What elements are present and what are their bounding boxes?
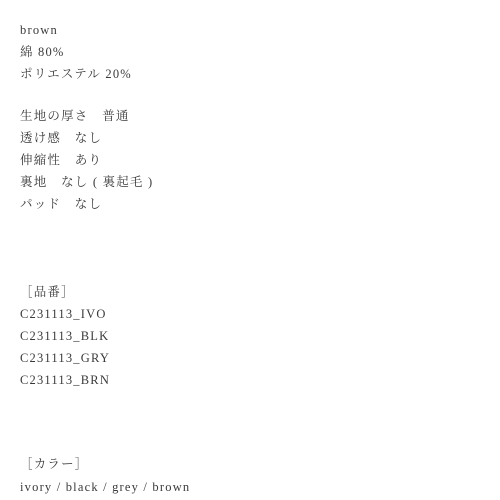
item-code-ivory: C231113_IVO	[20, 306, 107, 322]
color-list: ivory / black / grey / brown	[20, 479, 190, 495]
property-padding: パッド なし	[20, 196, 102, 212]
color-name: brown	[20, 22, 58, 38]
property-thickness: 生地の厚さ 普通	[20, 108, 130, 124]
composition-polyester: ポリエステル 20%	[20, 66, 132, 82]
item-code-black: C231113_BLK	[20, 328, 109, 344]
color-heading: ［カラー］	[20, 456, 89, 472]
item-code-grey: C231113_GRY	[20, 350, 110, 366]
property-sheerness: 透け感 なし	[20, 130, 102, 146]
property-lining: 裏地 なし ( 裏起毛 )	[20, 174, 153, 190]
composition-cotton: 綿 80%	[20, 44, 65, 60]
property-stretch: 伸縮性 あり	[20, 152, 102, 168]
item-number-heading: ［品番］	[20, 284, 75, 300]
item-code-brown: C231113_BRN	[20, 372, 110, 388]
